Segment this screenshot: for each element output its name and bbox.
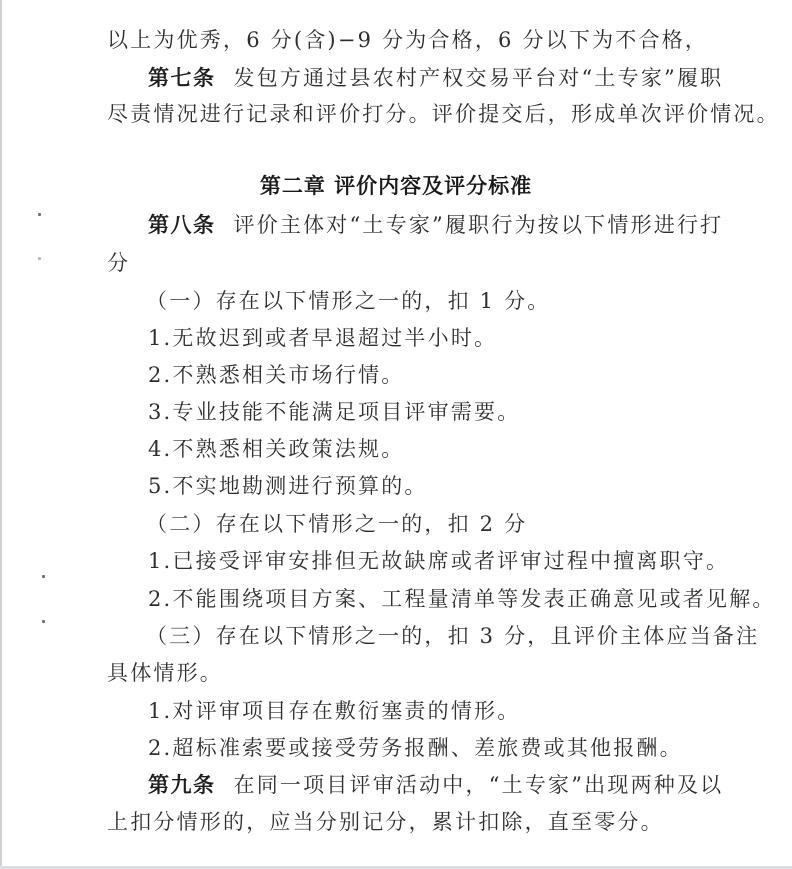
section-1-item: 5.不实地勘测进行预算的。 [148, 474, 428, 498]
section-3-item: 2.超标准索要或接受劳务报酬、差旅费或其他报酬。 [148, 736, 683, 760]
article-7-label: 第七条 [148, 65, 216, 90]
section-1-item: 2.不熟悉相关市场行情。 [148, 363, 404, 387]
chapter-heading: 第二章 评价内容及评分标准 [0, 174, 792, 198]
paragraph-line: 尽责情况进行记录和评价打分。评价提交后，形成单次评价情况。 [107, 102, 780, 126]
section-3-title: （三）存在以下情形之一的，扣 3 分，且评价主体应当备注 [146, 624, 759, 648]
article-7-line: 第七条发包方通过县农村产权交易平台对“土专家”履职 [148, 66, 723, 90]
section-1-title: （一）存在以下情形之一的，扣 1 分。 [146, 289, 551, 313]
article-9-continuation: 上扣分情形的，应当分别记分，累计扣除，直至零分。 [107, 810, 664, 834]
scan-speck [38, 257, 41, 260]
section-2-item: 1.已接受评审安排但无故缺席或者评审过程中擅离职守。 [148, 549, 729, 573]
article-9-line: 第九条在同一项目评审活动中，“土专家”出现两种及以 [148, 773, 723, 797]
scan-speck [42, 620, 45, 623]
scan-speck [38, 213, 41, 216]
section-1-item: 1.无故迟到或者早退超过半小时。 [148, 326, 497, 350]
article-9-text: 在同一项目评审活动中，“土专家”出现两种及以 [234, 773, 724, 797]
section-3-continuation: 具体情形。 [107, 661, 223, 685]
scanned-document-page: 以上为优秀，6 分(含)−9 分为合格，6 分以下为不合格， 第七条发包方通过县… [0, 0, 792, 869]
section-2-title: （二）存在以下情形之一的，扣 2 分 [146, 512, 527, 536]
article-9-label: 第九条 [148, 772, 216, 797]
article-8-label: 第八条 [148, 212, 216, 237]
article-7-text: 发包方通过县农村产权交易平台对“土专家”履职 [234, 66, 724, 90]
section-1-item: 3.专业技能不能满足项目评审需要。 [148, 400, 520, 424]
page-left-border [0, 0, 2, 869]
article-8-text: 评价主体对“土专家”履职行为按以下情形进行打 [234, 213, 724, 237]
paragraph-line: 以上为优秀，6 分(含)−9 分为合格，6 分以下为不合格， [107, 28, 708, 52]
section-1-item: 4.不熟悉相关政策法规。 [148, 437, 404, 461]
scan-speck [42, 575, 45, 578]
section-3-item: 1.对评审项目存在敷衍塞责的情形。 [148, 699, 520, 723]
article-8-continuation: 分 [107, 251, 130, 275]
article-8-line: 第八条评价主体对“土专家”履职行为按以下情形进行打 [148, 213, 723, 237]
section-2-item: 2.不能围绕项目方案、工程量清单等发表正确意见或者见解。 [148, 587, 776, 611]
